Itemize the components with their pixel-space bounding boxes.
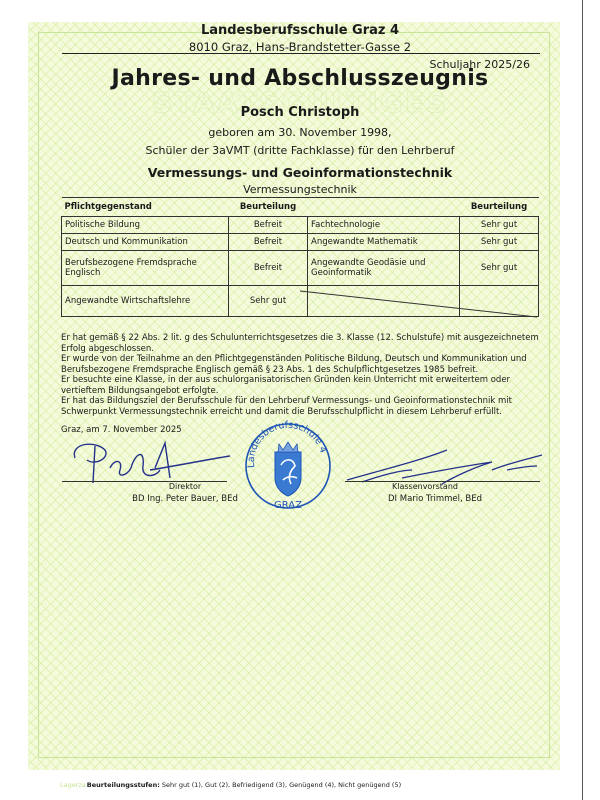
- grade-cell: Sehr gut: [460, 234, 539, 251]
- school-name: Landesberufsschule Graz 4: [0, 23, 600, 38]
- remark-line: Er besuchte eine Klasse, in der aus schu…: [61, 375, 551, 396]
- director-role: Direktor: [155, 482, 215, 491]
- subject-cell: Fachtechnologie: [308, 217, 460, 234]
- document-title: Jahres- und Abschlusszeugnis: [0, 66, 600, 91]
- header-spacer: [308, 198, 460, 217]
- grade-cell: [460, 286, 539, 317]
- legend-label: Beurteilungsstufen:: [87, 781, 160, 789]
- subject-cell: Angewandte Geodäsie und Geoinformatik: [308, 251, 460, 286]
- grade-cell: Befreit: [229, 234, 308, 251]
- class-info: Schüler der 3aVMT (dritte Fachklasse) fü…: [0, 144, 600, 157]
- grading-scale-legend: LagerzaBeurteilungsstufen: Sehr gut (1),…: [60, 781, 401, 789]
- header-grade-left: Beurteilung: [229, 198, 308, 217]
- school-address: 8010 Graz, Hans-Brandstetter-Gasse 2: [0, 40, 600, 54]
- subject-cell: Angewandte Wirtschaftslehre: [62, 286, 229, 317]
- grades-header-row: Pflichtgegenstand Beurteilung Beurteilun…: [62, 198, 539, 217]
- subject-cell: Deutsch und Kommunikation: [62, 234, 229, 251]
- birth-date: geboren am 30. November 1998,: [0, 126, 600, 139]
- remarks-block: Er hat gemäß § 22 Abs. 2 lit. g des Schu…: [61, 333, 551, 417]
- remark-line: Er hat das Bildungsziel der Berufsschule…: [61, 396, 551, 417]
- subject-cell: Angewandte Mathematik: [308, 234, 460, 251]
- grades-table: Pflichtgegenstand Beurteilung Beurteilun…: [61, 197, 539, 317]
- grade-cell: Sehr gut: [460, 217, 539, 234]
- table-row: Berufsbezogene Fremdsprache Englisch Bef…: [62, 251, 539, 286]
- director-name: BD Ing. Peter Bauer, BEd: [115, 494, 255, 504]
- subject-cell: Politische Bildung: [62, 217, 229, 234]
- legend-faint-prefix: Lagerza: [60, 781, 86, 789]
- header-divider: [62, 53, 540, 54]
- class-teacher-name: DI Mario Trimmel, BEd: [375, 494, 495, 504]
- scan-edge: [582, 0, 583, 800]
- student-name: Posch Christoph: [0, 105, 600, 120]
- legend-text: Sehr gut (1), Gut (2), Befriedigend (3),…: [160, 781, 401, 789]
- remark-line: Er wurde von der Teilnahme an den Pflich…: [61, 354, 551, 375]
- header-subject: Pflichtgegenstand: [62, 198, 229, 217]
- subject-cell: [308, 286, 460, 317]
- svg-text:GRAZ: GRAZ: [274, 500, 302, 511]
- date-place: Graz, am 7. November 2025: [61, 425, 182, 435]
- table-row: Angewandte Wirtschaftslehre Sehr gut: [62, 286, 539, 317]
- header-grade-right: Beurteilung: [460, 198, 539, 217]
- table-row: Politische Bildung Befreit Fachtechnolog…: [62, 217, 539, 234]
- grade-cell: Sehr gut: [229, 286, 308, 317]
- apprenticeship-profession: Vermessungs- und Geoinformationstechnik: [0, 165, 600, 180]
- subject-cell: Berufsbezogene Fremdsprache Englisch: [62, 251, 229, 286]
- class-teacher-role: Klassenvorstand: [390, 482, 460, 491]
- grade-cell: Befreit: [229, 217, 308, 234]
- grade-cell: Befreit: [229, 251, 308, 286]
- specialization: Vermessungstechnik: [0, 183, 600, 196]
- table-row: Deutsch und Kommunikation Befreit Angewa…: [62, 234, 539, 251]
- grade-cell: Sehr gut: [460, 251, 539, 286]
- remark-line: Er hat gemäß § 22 Abs. 2 lit. g des Schu…: [61, 333, 551, 354]
- school-seal-stamp: Landesberufsschule 4 GRAZ: [243, 420, 333, 512]
